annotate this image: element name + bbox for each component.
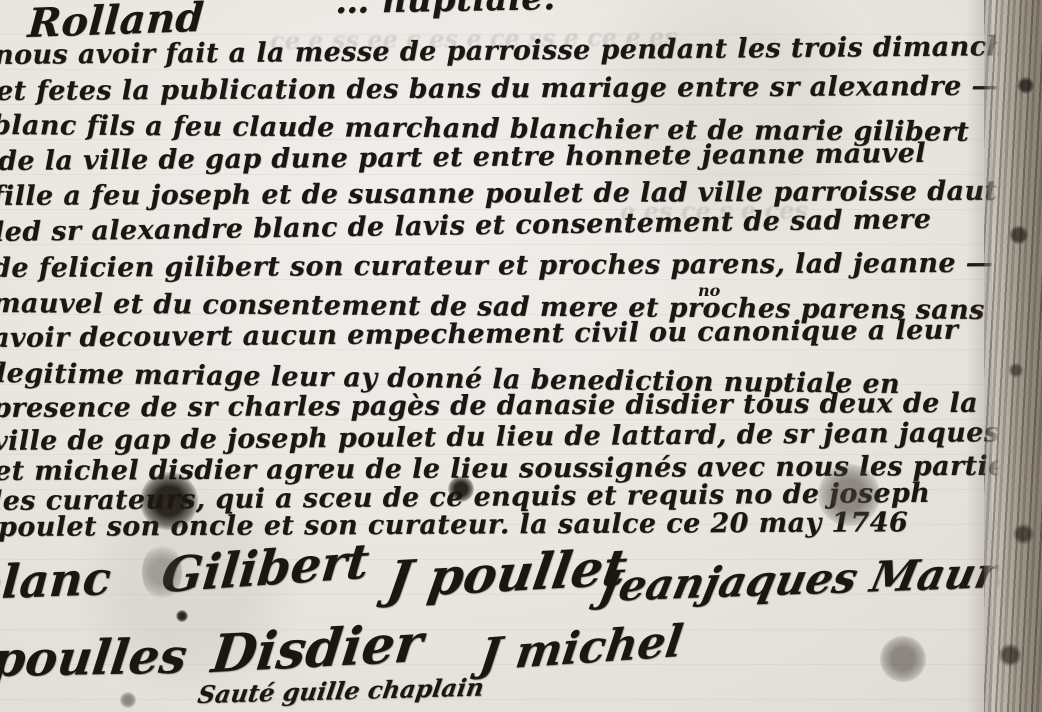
signature-gilibert: Gilibert [159, 533, 372, 604]
manuscript-line: et fetes la publication des bans du mari… [0, 71, 999, 107]
manuscript-line: de la ville de gap dune part et entre ho… [0, 138, 926, 177]
signature-poulles: poulles [0, 629, 190, 689]
ink-speck [120, 692, 136, 708]
top-line-fragment: … nuptiale. [335, 0, 556, 22]
signature-blanc: blanc [0, 551, 113, 610]
ink-smudge [142, 544, 182, 600]
manuscript-line: de felicien gilibert son curateur et pro… [0, 248, 993, 284]
signature-poullet: J poullet [383, 537, 631, 609]
manuscript-line: avoir decouvert aucun empechement civil … [0, 315, 958, 354]
signature-chaplain: Sauté guille chaplain [196, 672, 486, 709]
ink-speck [176, 610, 188, 622]
ink-blot [818, 464, 880, 526]
interlinear-note: no [698, 281, 720, 300]
ink-blot [880, 636, 926, 682]
book-gutter [984, 0, 1042, 712]
ink-blot [140, 472, 198, 530]
manuscript-scan: ce e ss ee c es e ce ss e ce e es e es c… [0, 0, 1042, 712]
manuscript-line: poulet son oncle et son curateur. la sau… [0, 507, 908, 543]
ink-blot [448, 476, 474, 502]
signature-michel: J michel [476, 616, 686, 682]
